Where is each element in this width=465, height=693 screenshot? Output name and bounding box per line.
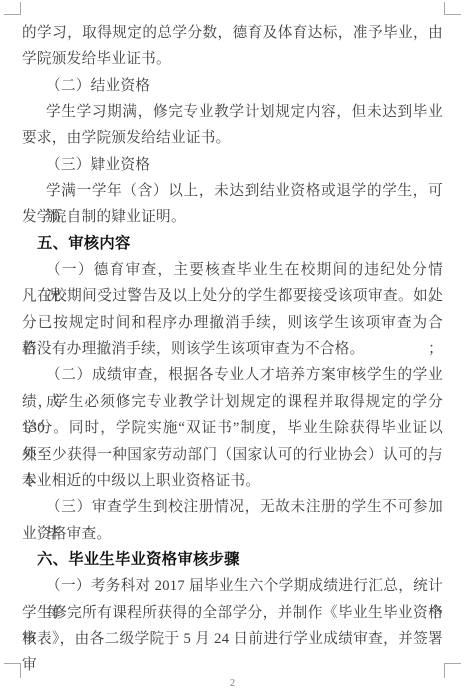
page-footer: 2 [0,673,465,691]
text-line: （一）德育审查，主要核查毕业生在校期间的违纪处分情况。 [22,257,443,283]
text-line: 发学院自制的肄业证明。 [22,204,443,230]
text-line: 要求，由学院颁发给结业证书。 [22,125,443,151]
text-line: 学分。同时，学院实施“双证书”制度，毕业生除获得毕业证以外， [22,415,443,441]
text-line: （一）考务科对 2017 届毕业生六个学期成绩进行汇总，统计每个 [22,573,443,599]
text-line: 学生修完所有课程所获得的全部学分，并制作《毕业生毕业资格审 [22,600,443,626]
text-line: 业资格审查。 [22,521,443,547]
text-boundary-mark-top-right [444,2,461,15]
text-line: （二）成绩审查，根据各专业人才培养方案审核学生的学业成 [22,362,443,388]
heading-line: 六、毕业生毕业资格审核步骤 [22,547,443,573]
text-line: 学生学习期满，修完专业教学计划规定内容，但未达到毕业 [22,99,443,125]
document-body: 的学习，取得规定的总学分数，德育及体育达标，准予毕业，由学院颁发给毕业证书。（二… [22,20,443,652]
text-line: 学院颁发给毕业证书。 [22,46,443,72]
text-line: 绩，学生必须修完专业教学计划规定的课程并取得规定的学分 130 [22,389,443,415]
text-line: 须至少获得一种国家劳动部门（国家认可的行业协会）认可的与本 [22,442,443,468]
text-line: 核表》，由各二级学院于 5 月 24 日前进行学业成绩审查，并签署审 [22,626,443,652]
text-line: 的学习，取得规定的总学分数，德育及体育达标，准予毕业，由 [22,20,443,46]
text-line: 学满一学年（含）以上，未达到结业资格或退学的学生，可颁 [22,178,443,204]
text-line: 分已按规定时间和程序办理撤消手续，则该学生该项审查为合格； [22,310,443,336]
text-line: 凡在校期间受过警告及以上处分的学生都要接受该项审查。如处 [22,283,443,309]
text-line: 专业相近的中级以上职业资格证书。 [22,468,443,494]
text-boundary-mark-top-left [4,2,21,15]
text-line: （三）审查学生到校注册情况，无故未注册的学生不可参加毕 [22,494,443,520]
document-page: 的学习，取得规定的总学分数，德育及体育达标，准予毕业，由学院颁发给毕业证书。（二… [0,0,465,693]
text-line: （三）肄业资格 [22,152,443,178]
text-line: （二）结业资格 [22,73,443,99]
page-number: 2 [230,678,235,689]
heading-line: 五、审核内容 [22,231,443,257]
